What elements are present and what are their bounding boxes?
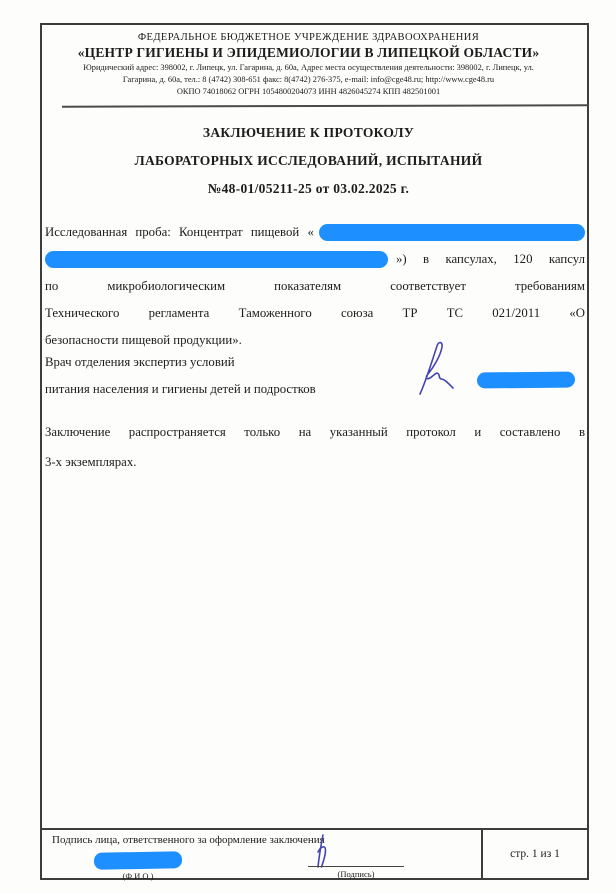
capsules-text: ») в капсулах, 120 капсул (396, 252, 585, 267)
handwritten-signature-footer (310, 833, 336, 869)
conclusion-line1: Исследованная проба: Концентрат пищевой … (45, 219, 585, 246)
fio-caption: (Ф.И.О.) (94, 871, 182, 881)
note-line2: 3-х экземплярах. (45, 447, 585, 477)
page-number: стр. 1 из 1 (510, 848, 560, 860)
conclusion-paragraph: Исследованная проба: Концентрат пищевой … (45, 219, 585, 354)
signatory-line2: питания населения и гигиены детей и подр… (45, 376, 405, 403)
conclusion-line2: ») в капсулах, 120 капсул (45, 246, 585, 273)
note-line1: Заключение распространяется только на ук… (45, 417, 585, 447)
redaction-product-name-2 (45, 251, 388, 268)
org-registry-line: ОКПО 74018062 ОГРН 1054800204073 ИНН 482… (45, 86, 572, 97)
responsible-person-label: Подпись лица, ответственного за оформлен… (52, 834, 325, 846)
org-address-line1: Юридический адрес: 398002, г. Липецк, ул… (45, 62, 572, 73)
redaction-doctor-name (477, 371, 575, 388)
redaction-product-name-1 (319, 224, 585, 241)
footer-signature-table: Подпись лица, ответственного за оформлен… (42, 828, 587, 878)
title-line1: ЗАКЛЮЧЕНИЕ К ПРОТОКОЛУ (45, 119, 572, 147)
note-paragraph: Заключение распространяется только на ук… (45, 417, 585, 477)
sample-intro-text: Исследованная проба: Концентрат пищевой … (45, 225, 314, 240)
signatory-line1: Врач отделения экспертиз условий (45, 349, 405, 376)
signature-line (308, 866, 404, 867)
handwritten-signature-doctor (414, 339, 466, 399)
org-type-line: ФЕДЕРАЛЬНОЕ БЮДЖЕТНОЕ УЧРЕЖДЕНИЕ ЗДРАВОО… (45, 32, 572, 43)
signatory-position: Врач отделения экспертиз условий питания… (45, 349, 405, 403)
org-address-line2: Гагарина, д. 60а, тел.: 8 (4742) 308-651… (45, 74, 572, 85)
redaction-name-blob (94, 851, 182, 870)
letterhead: ФЕДЕРАЛЬНОЕ БЮДЖЕТНОЕ УЧРЕЖДЕНИЕ ЗДРАВОО… (45, 32, 572, 97)
footer-left-cell: Подпись лица, ответственного за оформлен… (42, 830, 481, 878)
scanned-document-page: Подпись лица, ответственного за оформлен… (0, 0, 616, 893)
signature-caption: (Подпись) (308, 869, 404, 879)
page-number-cell: стр. 1 из 1 (481, 830, 587, 878)
conclusion-line4: Технического регламента Таможенного союз… (45, 300, 585, 327)
title-line2: ЛАБОРАТОРНЫХ ИССЛЕДОВАНИЙ, ИСПЫТАНИЙ (45, 147, 572, 175)
title-number-date: №48-01/05211-25 от 03.02.2025 г. (45, 175, 572, 203)
conclusion-line3: по микробиологическим показателям соотве… (45, 273, 585, 300)
document-title: ЗАКЛЮЧЕНИЕ К ПРОТОКОЛУ ЛАБОРАТОРНЫХ ИССЛ… (45, 119, 572, 203)
org-name-line: «ЦЕНТР ГИГИЕНЫ И ЭПИДЕМИОЛОГИИ В ЛИПЕЦКО… (45, 45, 572, 61)
